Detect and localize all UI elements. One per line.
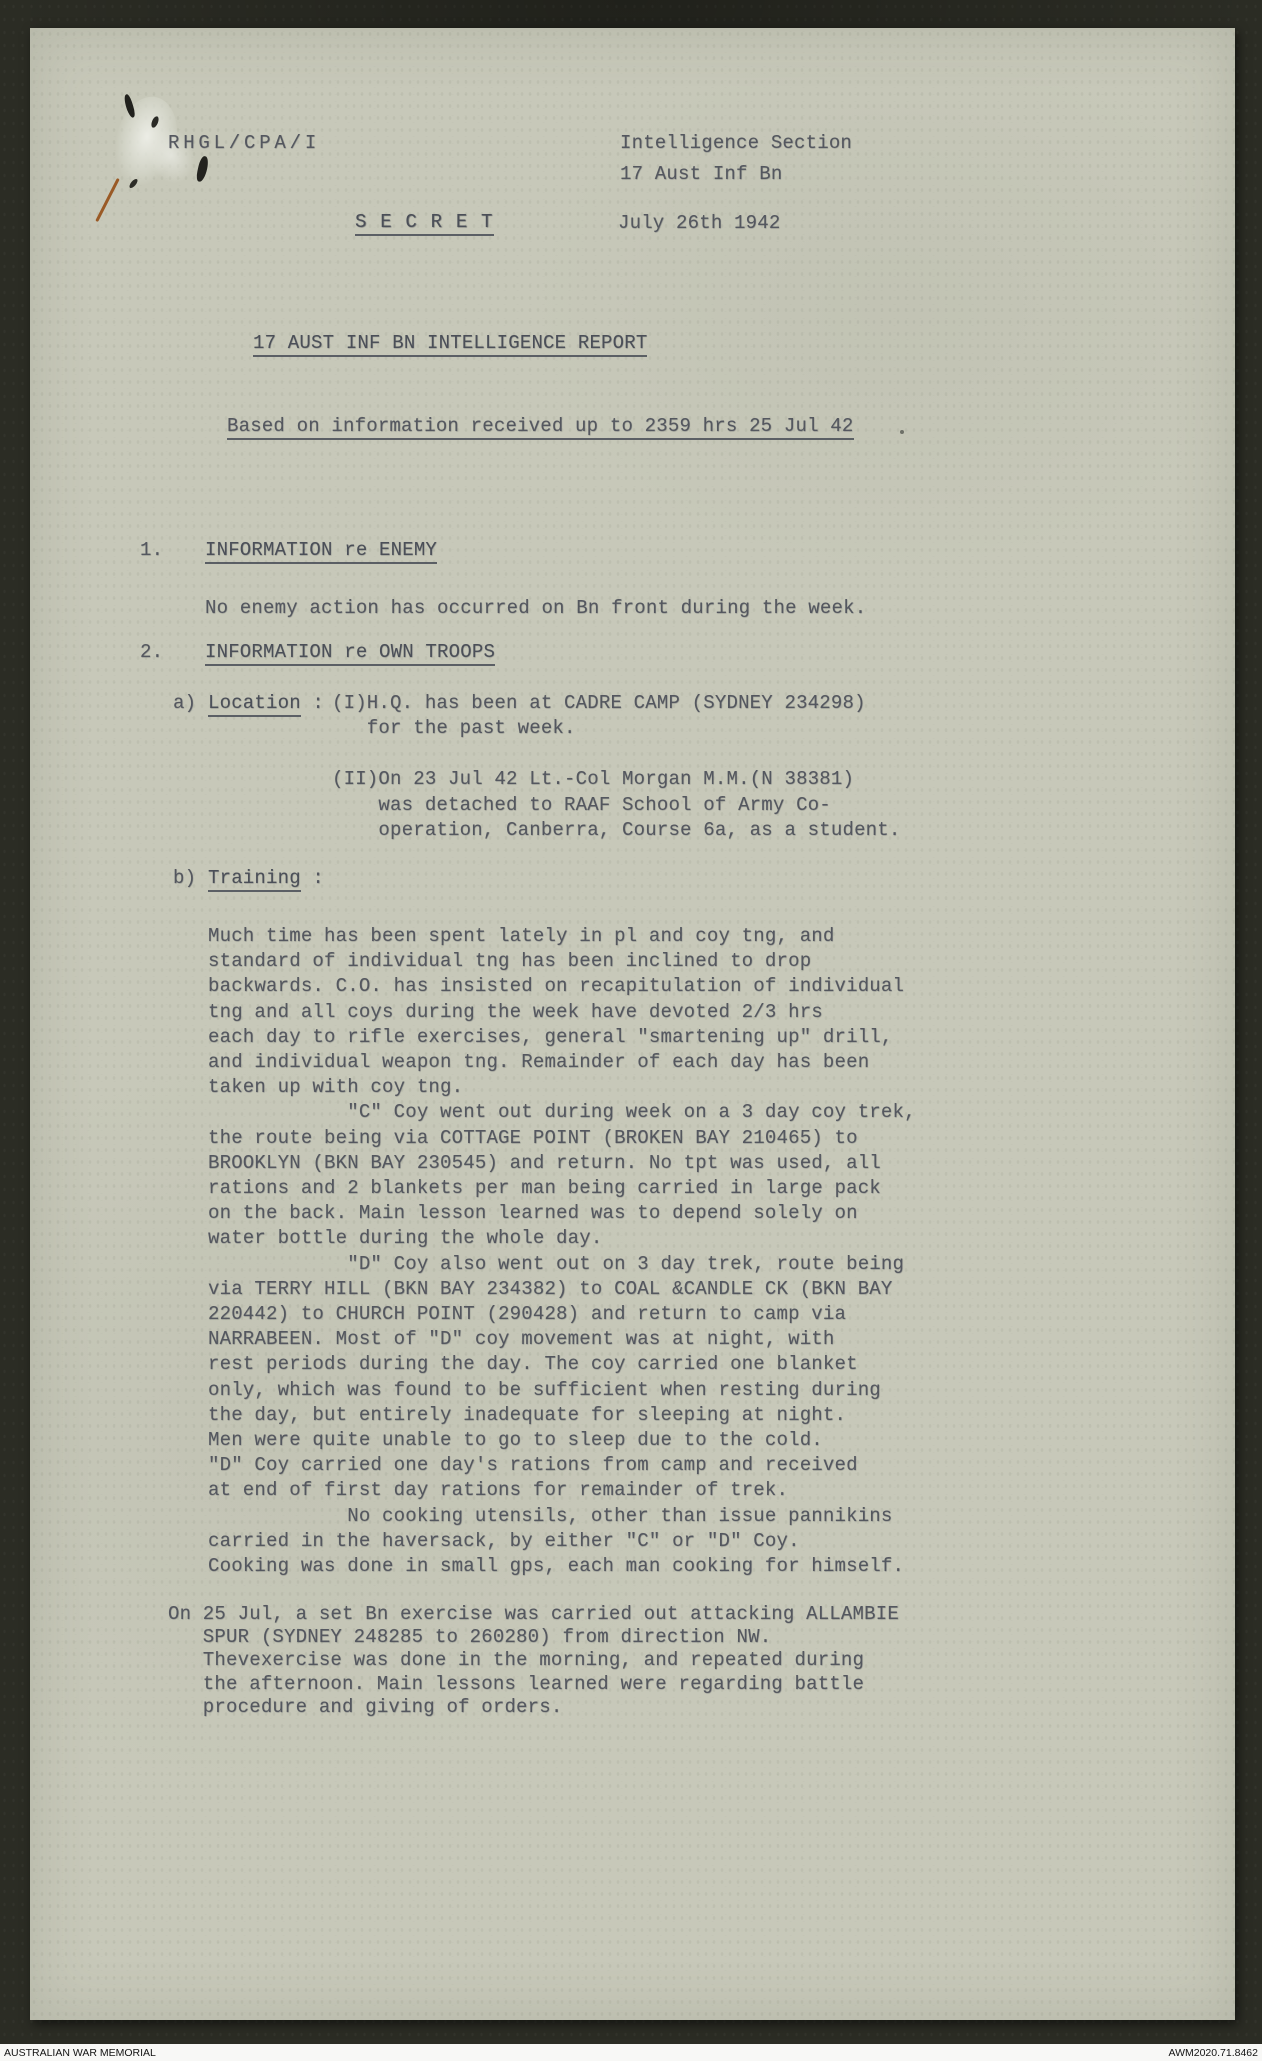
exercise-paragraph: On 25 Jul, a set Bn exercise was carried… — [168, 1603, 899, 1719]
paper-scratch — [95, 178, 119, 222]
training-label: b) — [173, 866, 196, 891]
section1-body: No enemy action has occurred on Bn front… — [205, 596, 866, 621]
training-paragraph: Much time has been spent lately in pl an… — [208, 924, 916, 1579]
section2-heading: INFORMATION re OWN TROOPS — [205, 640, 495, 665]
archive-name: AUSTRALIAN WAR MEMORIAL — [4, 2047, 156, 2059]
archive-item-id: AWM2020.71.8462 — [1168, 2047, 1258, 2059]
training-heading-colon: : — [301, 867, 324, 889]
section2-heading-text: INFORMATION re OWN TROOPS — [205, 641, 495, 666]
training-heading-text: Training — [208, 867, 301, 892]
scan-background: RHGL/CPA/I Intelligence Section 17 Aust … — [0, 0, 1262, 2061]
classification-stamp: S E C R E T — [355, 210, 494, 235]
section1-heading: INFORMATION re ENEMY — [205, 538, 437, 563]
classification-text: S E C R E T — [355, 211, 494, 236]
location-items: (I)H.Q. has been at CADRE CAMP (SYDNEY 2… — [332, 691, 901, 843]
unit-line1: Intelligence Section — [620, 131, 852, 156]
report-subtitle: Based on information received up to 2359… — [227, 414, 854, 439]
location-heading: Location : — [208, 691, 324, 716]
paper-speck — [900, 430, 904, 434]
location-heading-text: Location — [208, 692, 301, 717]
section2-number: 2. — [140, 640, 163, 665]
section1-heading-text: INFORMATION re ENEMY — [205, 539, 437, 564]
report-date: July 26th 1942 — [618, 211, 780, 236]
location-label: a) — [173, 691, 196, 716]
report-title-text: 17 AUST INF BN INTELLIGENCE REPORT — [253, 332, 647, 357]
paper-damage-mark — [195, 155, 209, 182]
location-heading-colon: : — [301, 692, 324, 714]
report-title: 17 AUST INF BN INTELLIGENCE REPORT — [253, 331, 647, 356]
training-heading: Training : — [208, 866, 324, 891]
document-page: RHGL/CPA/I Intelligence Section 17 Aust … — [30, 28, 1235, 2020]
section1-number: 1. — [140, 538, 163, 563]
reference-number: RHGL/CPA/I — [168, 131, 320, 156]
archive-footer: AUSTRALIAN WAR MEMORIAL AWM2020.71.8462 — [0, 2044, 1262, 2061]
unit-line2: 17 Aust Inf Bn — [620, 162, 782, 187]
report-subtitle-text: Based on information received up to 2359… — [227, 415, 854, 440]
